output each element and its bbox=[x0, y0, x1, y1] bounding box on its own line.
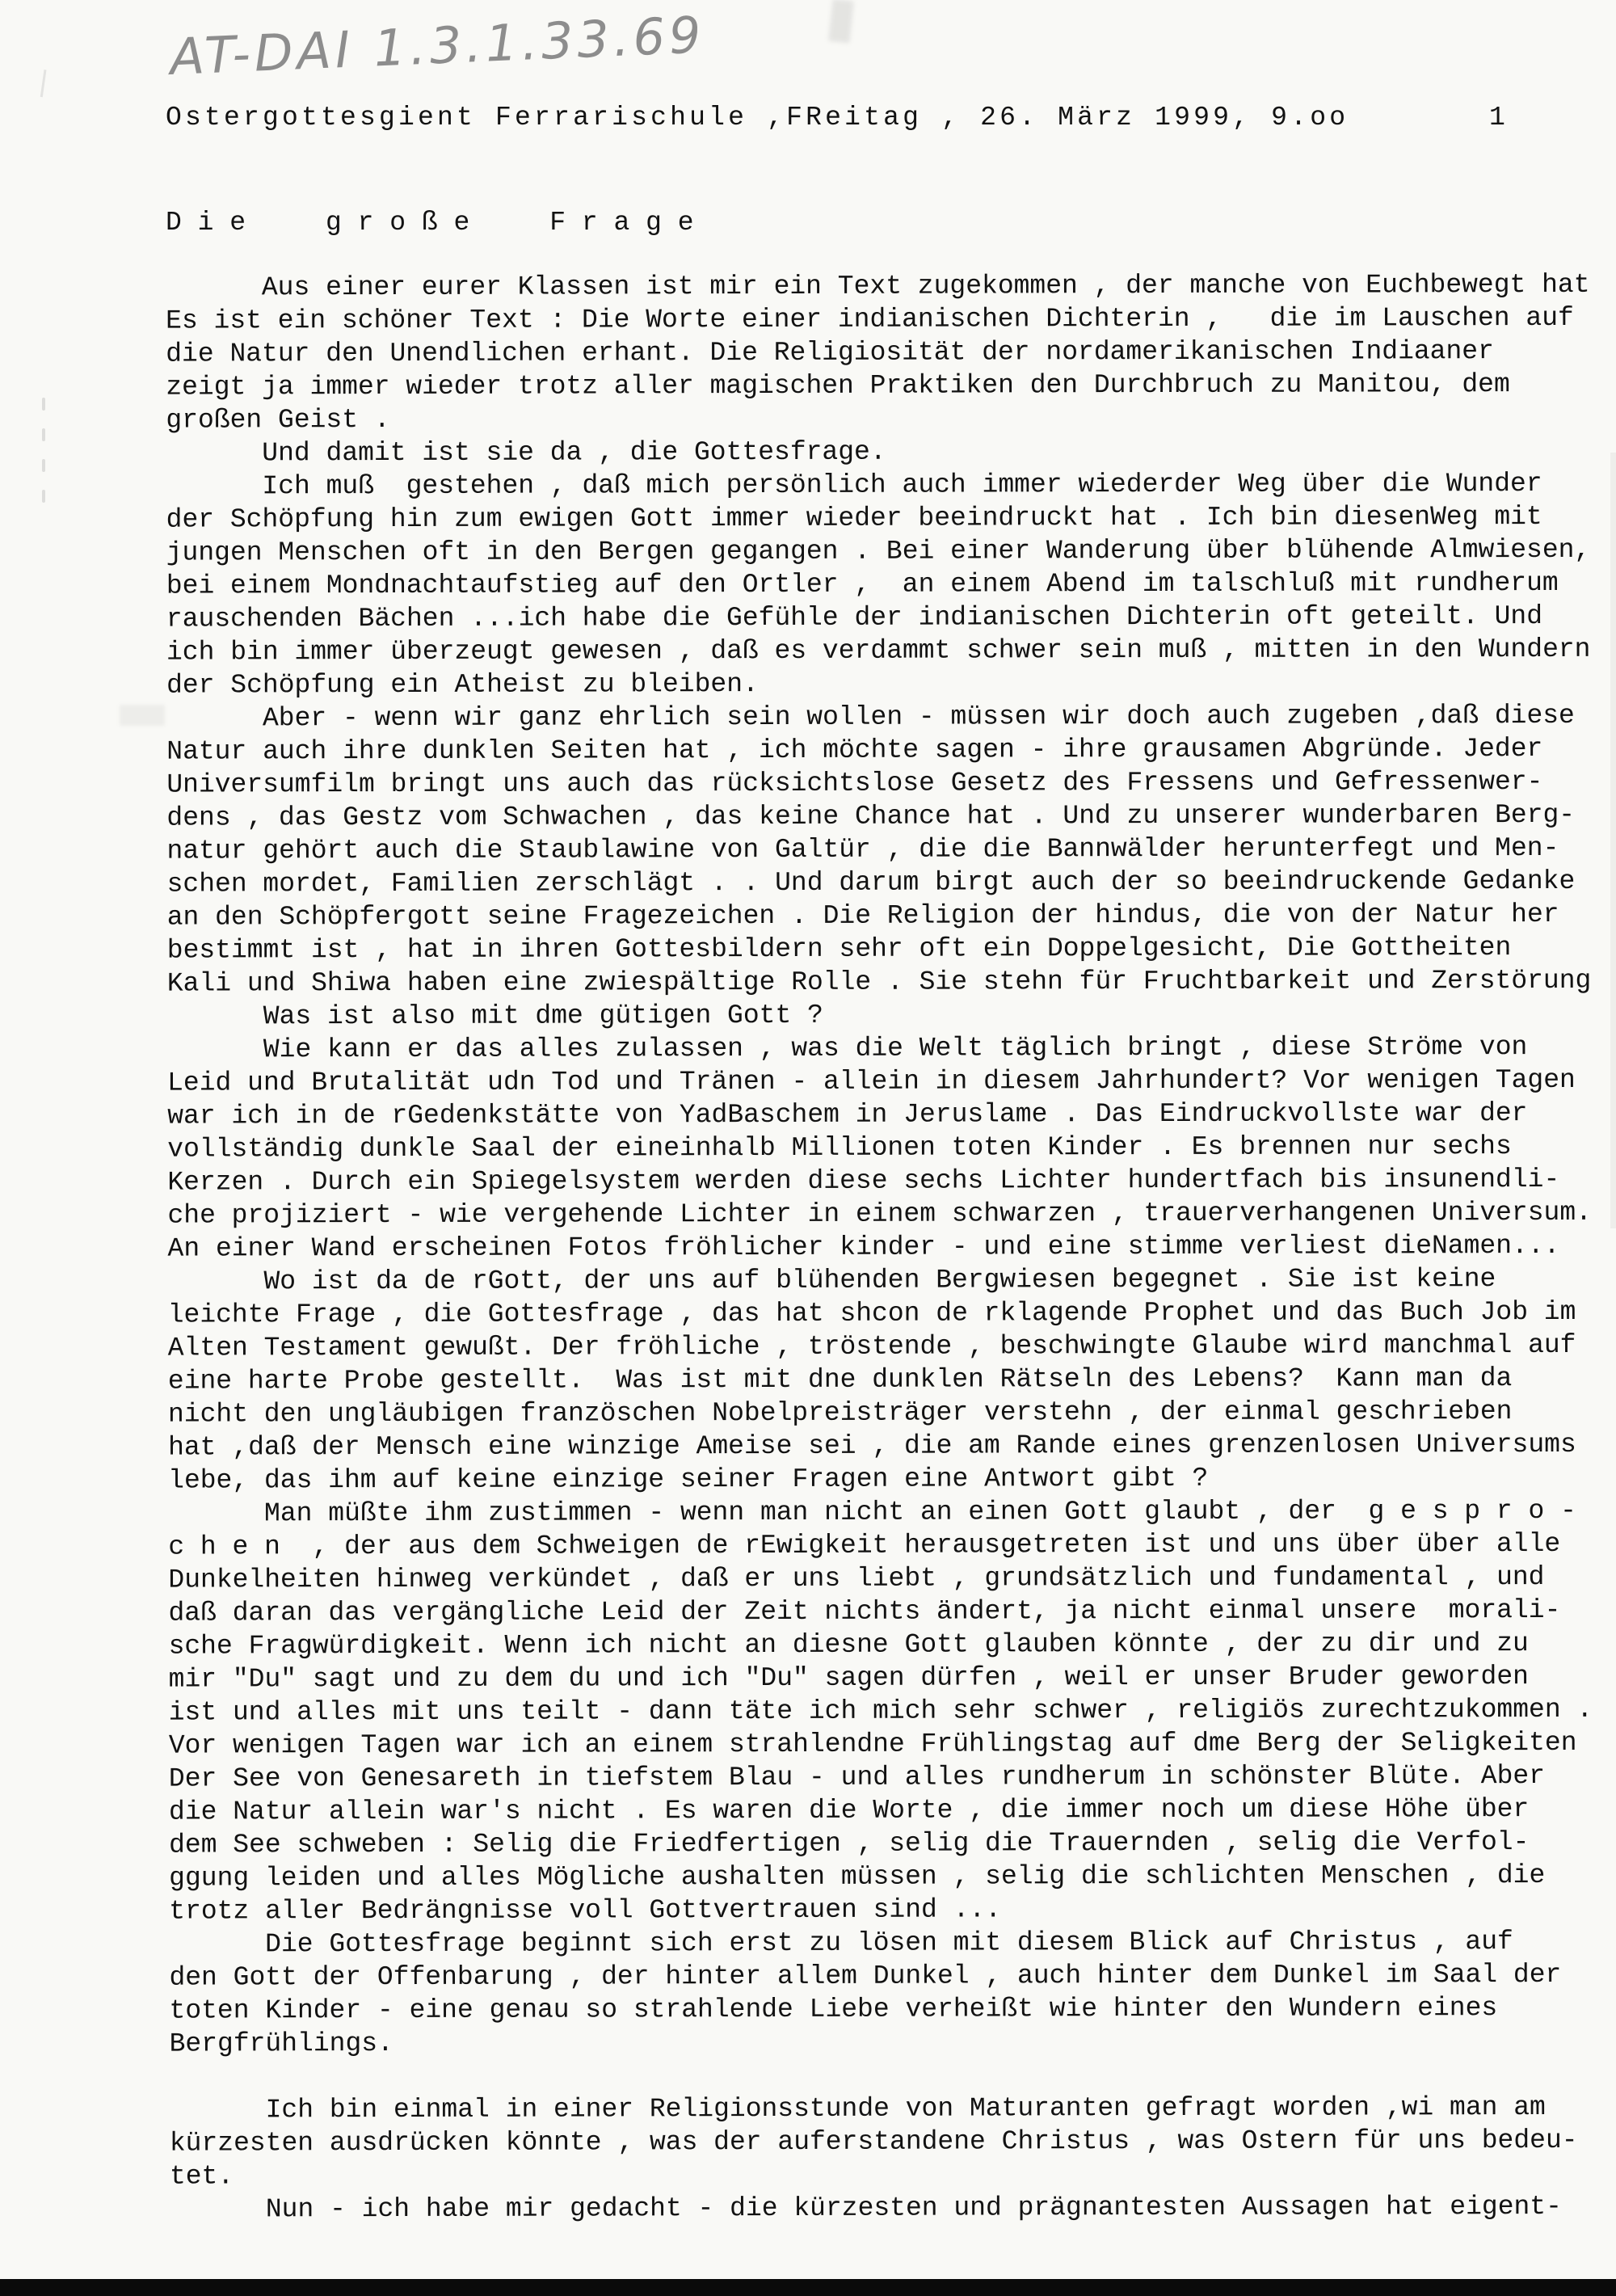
text-line: rauschenden Bächen ...ich habe die Gefüh… bbox=[1, 600, 1616, 636]
text-line: Bergfrühlings. bbox=[4, 2024, 1616, 2061]
text-line: den Gott der Offenbarung , der hinter al… bbox=[3, 1958, 1616, 1995]
scan-smudge-top-left bbox=[40, 70, 67, 100]
handwritten-archive-number: AT-DAI 1.3.1.33.69 bbox=[169, 5, 706, 86]
scanned-document-page: AT-DAI 1.3.1.33.69 Ostergottesgient Ferr… bbox=[0, 0, 1616, 2296]
text-line: großen Geist . bbox=[0, 401, 1616, 437]
text-line: lebe, das ihm auf keine einzige seiner F… bbox=[2, 1461, 1616, 1498]
text-line: Leid und Brutalität udn Tod und Tränen -… bbox=[2, 1064, 1616, 1100]
text-line: c h e n , der aus dem Schweigen de rEwig… bbox=[2, 1527, 1616, 1564]
text-line: bestimmt ist , hat in ihren Gottesbilder… bbox=[2, 931, 1616, 967]
text-line: Wie kann er das alles zulassen , was die… bbox=[2, 1030, 1616, 1067]
text-line: Dunkelheiten hinweg verkündet , daß er u… bbox=[2, 1561, 1616, 1597]
text-line: Was ist also mit dme gütigen Gott ? bbox=[2, 997, 1616, 1034]
text-line: die Natur allein war's nicht . Es waren … bbox=[3, 1793, 1616, 1829]
text-line: ggung leiden und alles Mögliche aushalte… bbox=[3, 1859, 1616, 1895]
text-line: Universumfilm bringt uns auch das rücksi… bbox=[1, 765, 1616, 802]
text-line: trotz aller Bedrängnisse voll Gottvertra… bbox=[3, 1892, 1616, 1928]
text-line: bei einem Mondnachtaufstieg auf den Ortl… bbox=[1, 567, 1616, 603]
text-line: che projiziert - wie vergehende Lichter … bbox=[2, 1196, 1616, 1232]
document-title: D i e g r o ß e F r a g e bbox=[166, 205, 694, 241]
text-line: der Schöpfung hin zum ewigen Gott immer … bbox=[1, 500, 1616, 537]
text-line: jungen Menschen oft in den Bergen gegang… bbox=[1, 533, 1616, 570]
text-line: ist und alles mit uns teilt - dann täte … bbox=[3, 1693, 1616, 1729]
text-line: toten Kinder - eine genau so strahlende … bbox=[3, 1991, 1616, 2028]
text-line: Aus einer eurer Klassen ist mir ein Text… bbox=[0, 268, 1616, 305]
text-line: der Schöpfung ein Atheist zu bleiben. bbox=[1, 666, 1616, 702]
text-line: Der See von Genesareth in tiefstem Blau … bbox=[3, 1759, 1616, 1796]
text-line: Und damit ist sie da , die Gottesfrage. bbox=[0, 434, 1616, 470]
text-line: Wo ist da de rGott, der uns auf blühende… bbox=[2, 1262, 1616, 1299]
typewritten-body: Aus einer eurer Klassen ist mir ein Text… bbox=[0, 268, 1616, 2226]
text-line: Man müßte ihm zustimmen - wenn man nicht… bbox=[2, 1494, 1616, 1531]
text-line: kürzesten ausdrücken könnte , was der au… bbox=[4, 2124, 1616, 2160]
text-line bbox=[4, 2058, 1616, 2094]
text-line: war ich in de rGedenkstätte von YadBasch… bbox=[2, 1097, 1616, 1133]
text-line: dens , das Gestz vom Schwachen , das kei… bbox=[1, 798, 1616, 835]
text-line: Es ist ein schöner Text : Die Worte eine… bbox=[0, 301, 1616, 338]
text-line: eine harte Probe gestellt. Was ist mit d… bbox=[2, 1362, 1616, 1398]
text-line: daß daran das vergängliche Leid der Zeit… bbox=[2, 1594, 1616, 1630]
text-line: dem See schweben : Selig die Friedfertig… bbox=[3, 1826, 1616, 1862]
scan-bottom-bar bbox=[0, 2279, 1616, 2296]
text-line: Alten Testament gewußt. Der fröhliche , … bbox=[2, 1329, 1616, 1365]
text-line: An einer Wand erscheinen Fotos fröhliche… bbox=[2, 1229, 1616, 1266]
text-line: Ich bin einmal in einer Religionsstunde … bbox=[4, 2091, 1616, 2127]
text-line: Aber - wenn wir ganz ehrlich sein wollen… bbox=[1, 699, 1616, 735]
text-line: vollständig dunkle Saal der eineinhalb M… bbox=[2, 1130, 1616, 1166]
text-line: mir "Du" sagt und zu dem du und ich "Du"… bbox=[3, 1660, 1616, 1696]
page-number: 1 bbox=[1489, 100, 1505, 136]
text-line: nicht den ungläubigen französchen Nobelp… bbox=[2, 1395, 1616, 1431]
text-line: Nun - ich habe mir gedacht - die kürzest… bbox=[4, 2190, 1616, 2226]
text-line: ich bin immer überzeugt gewesen , daß es… bbox=[1, 633, 1616, 669]
text-line: Vor wenigen Tagen war ich an einem strah… bbox=[3, 1726, 1616, 1763]
text-line: tet. bbox=[4, 2157, 1616, 2193]
scan-edge-shadow bbox=[1610, 453, 1616, 1228]
text-line: die Natur den Unendlichen erhant. Die Re… bbox=[0, 335, 1616, 371]
text-line: schen mordet, Familien zerschlägt . . Un… bbox=[2, 865, 1616, 901]
text-line: Natur auch ihre dunklen Seiten hat , ich… bbox=[1, 732, 1616, 769]
scan-smudge-top-center bbox=[828, 0, 853, 43]
document-header: Ostergottesgient Ferrarischule ,FReitag … bbox=[166, 100, 1349, 136]
text-line: zeigt ja immer wieder trotz aller magisc… bbox=[0, 368, 1616, 404]
text-line: hat ,daß der Mensch eine winzige Ameise … bbox=[2, 1428, 1616, 1464]
text-line: sche Fragwürdigkeit. Wenn ich nicht an d… bbox=[3, 1627, 1616, 1663]
text-line: Kali und Shiwa haben eine zwiespältige R… bbox=[2, 964, 1616, 1001]
text-line: Kerzen . Durch ein Spiegelsystem werden … bbox=[2, 1163, 1616, 1199]
scan-smudge-left bbox=[120, 705, 165, 726]
text-line: Die Gottesfrage beginnt sich erst zu lös… bbox=[3, 1925, 1616, 1961]
scan-margin-marks bbox=[31, 380, 63, 558]
text-line: leichte Frage , die Gottesfrage , das ha… bbox=[2, 1295, 1616, 1332]
text-line: natur gehört auch die Staublawine von Ga… bbox=[1, 832, 1616, 868]
text-line: an den Schöpfergott seine Fragezeichen .… bbox=[2, 898, 1616, 934]
text-line: Ich muß gestehen , daß mich persönlich a… bbox=[1, 467, 1616, 503]
